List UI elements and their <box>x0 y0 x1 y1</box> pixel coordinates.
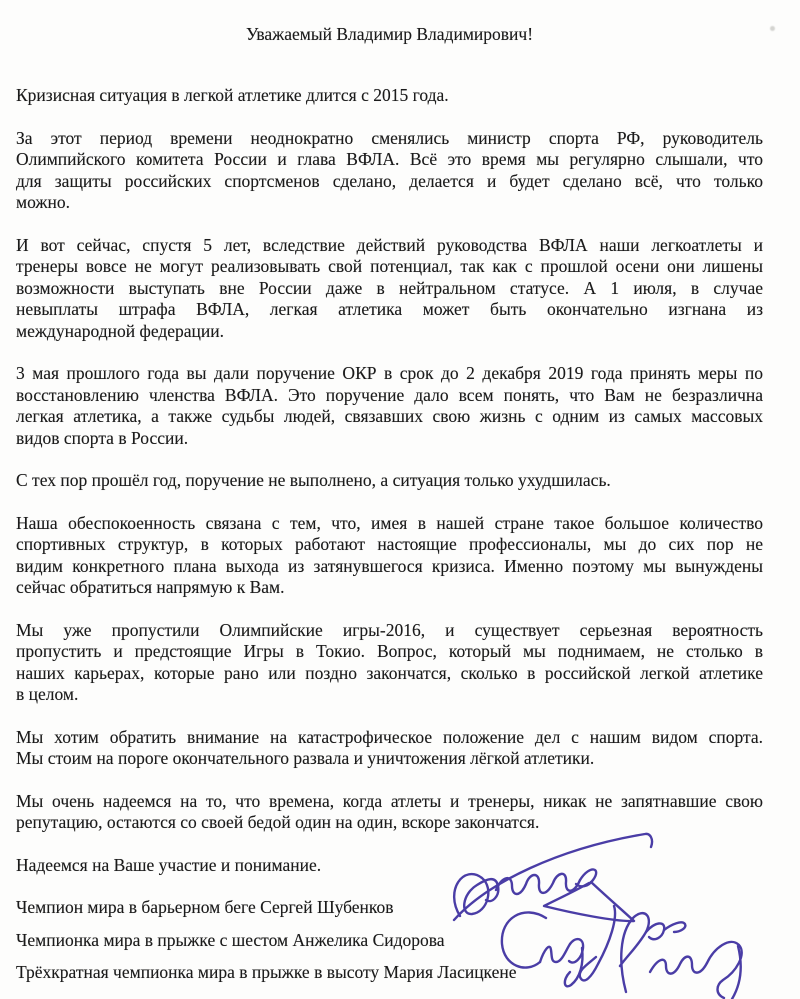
paragraph: Мы очень надеемся на то, что времена, ко… <box>16 791 763 834</box>
paragraph-line: репутацию, остаются со своей бедой один … <box>16 812 763 834</box>
paragraph: За этот период времени неоднократно смен… <box>16 128 763 214</box>
paragraph-line: 3 мая прошлого года вы дали поручение ОК… <box>16 363 763 385</box>
paragraph: С тех пор прошёл год, поручение не выпол… <box>16 470 763 492</box>
paragraph-line: С тех пор прошёл год, поручение не выпол… <box>16 470 763 492</box>
paragraph-line: Мы стоим на пороге окончательного развал… <box>16 748 763 770</box>
paragraph-line: видов спорта в России. <box>16 428 763 450</box>
paragraph-line: За этот период времени неоднократно смен… <box>16 128 763 150</box>
paragraph-line: наших карьерах, которые рано или поздно … <box>16 663 763 685</box>
paragraph-line: Кризисная ситуация в легкой атлетике дли… <box>16 85 763 107</box>
paragraph: Надеемся на Ваше участие и понимание. <box>16 855 763 877</box>
paragraph: Мы уже пропустили Олимпийские игры-2016,… <box>16 620 763 706</box>
letter-page: Уважаемый Владимир Владимирович! Кризисн… <box>0 0 800 999</box>
letter-content: Уважаемый Владимир Владимирович! Кризисн… <box>0 0 800 984</box>
paragraph-line: восстановлению членства ВФЛА. Это поруче… <box>16 385 763 407</box>
signatory-line: Чемпионка мира в прыжке с шестом Анжелик… <box>16 930 763 952</box>
signatory-line: Чемпион мира в барьерном беге Сергей Шуб… <box>16 897 763 919</box>
paragraph-line: в целом. <box>16 684 763 706</box>
paragraph-line: невыплаты штрафа ВФЛА, легкая атлетика м… <box>16 299 763 321</box>
paragraphs: Кризисная ситуация в легкой атлетике дли… <box>16 85 763 876</box>
paragraph-line: И вот сейчас, спустя 5 лет, вследствие д… <box>16 235 763 257</box>
signatory-list: Чемпион мира в барьерном беге Сергей Шуб… <box>16 897 763 984</box>
paragraph-line: Надеемся на Ваше участие и понимание. <box>16 855 763 877</box>
paragraph-line: Наша обеспокоенность связана с тем, что,… <box>16 513 763 535</box>
paragraph: Наша обеспокоенность связана с тем, что,… <box>16 513 763 599</box>
paragraph-line: возможности выступать вне России даже в … <box>16 278 763 300</box>
paragraph-line: Мы хотим обратить внимание на катастрофи… <box>16 727 763 749</box>
paragraph-line: тренеры вовсе не могут реализовывать сво… <box>16 256 763 278</box>
signatory-line: Трёхкратная чемпионка мира в прыжке в вы… <box>16 962 763 984</box>
paragraph: 3 мая прошлого года вы дали поручение ОК… <box>16 363 763 449</box>
paragraph-line: для защиты российских спортсменов сделан… <box>16 171 763 193</box>
paragraph: Кризисная ситуация в легкой атлетике дли… <box>16 85 763 107</box>
salutation: Уважаемый Владимир Владимирович! <box>16 23 763 45</box>
paragraph-line: Мы уже пропустили Олимпийские игры-2016,… <box>16 620 763 642</box>
paragraph-line: пропустить и предстоящие Игры в Токио. В… <box>16 641 763 663</box>
paragraph-line: можно. <box>16 192 763 214</box>
paragraph-line: международной федерации. <box>16 321 763 343</box>
scan-speck <box>770 26 775 31</box>
paragraph: И вот сейчас, спустя 5 лет, вследствие д… <box>16 235 763 343</box>
paragraph-line: видим конкретного плана выхода из затяну… <box>16 556 763 578</box>
paragraph-line: спортивных структур, в которых работают … <box>16 534 763 556</box>
paragraph: Мы хотим обратить внимание на катастрофи… <box>16 727 763 770</box>
paragraph-line: Мы очень надеемся на то, что времена, ко… <box>16 791 763 813</box>
paragraph-line: легкая атлетика, а также судьбы людей, с… <box>16 406 763 428</box>
paragraph-line: сейчас обратиться напрямую к Вам. <box>16 577 763 599</box>
paragraph-line: Олимпийского комитета России и глава ВФЛ… <box>16 149 763 171</box>
